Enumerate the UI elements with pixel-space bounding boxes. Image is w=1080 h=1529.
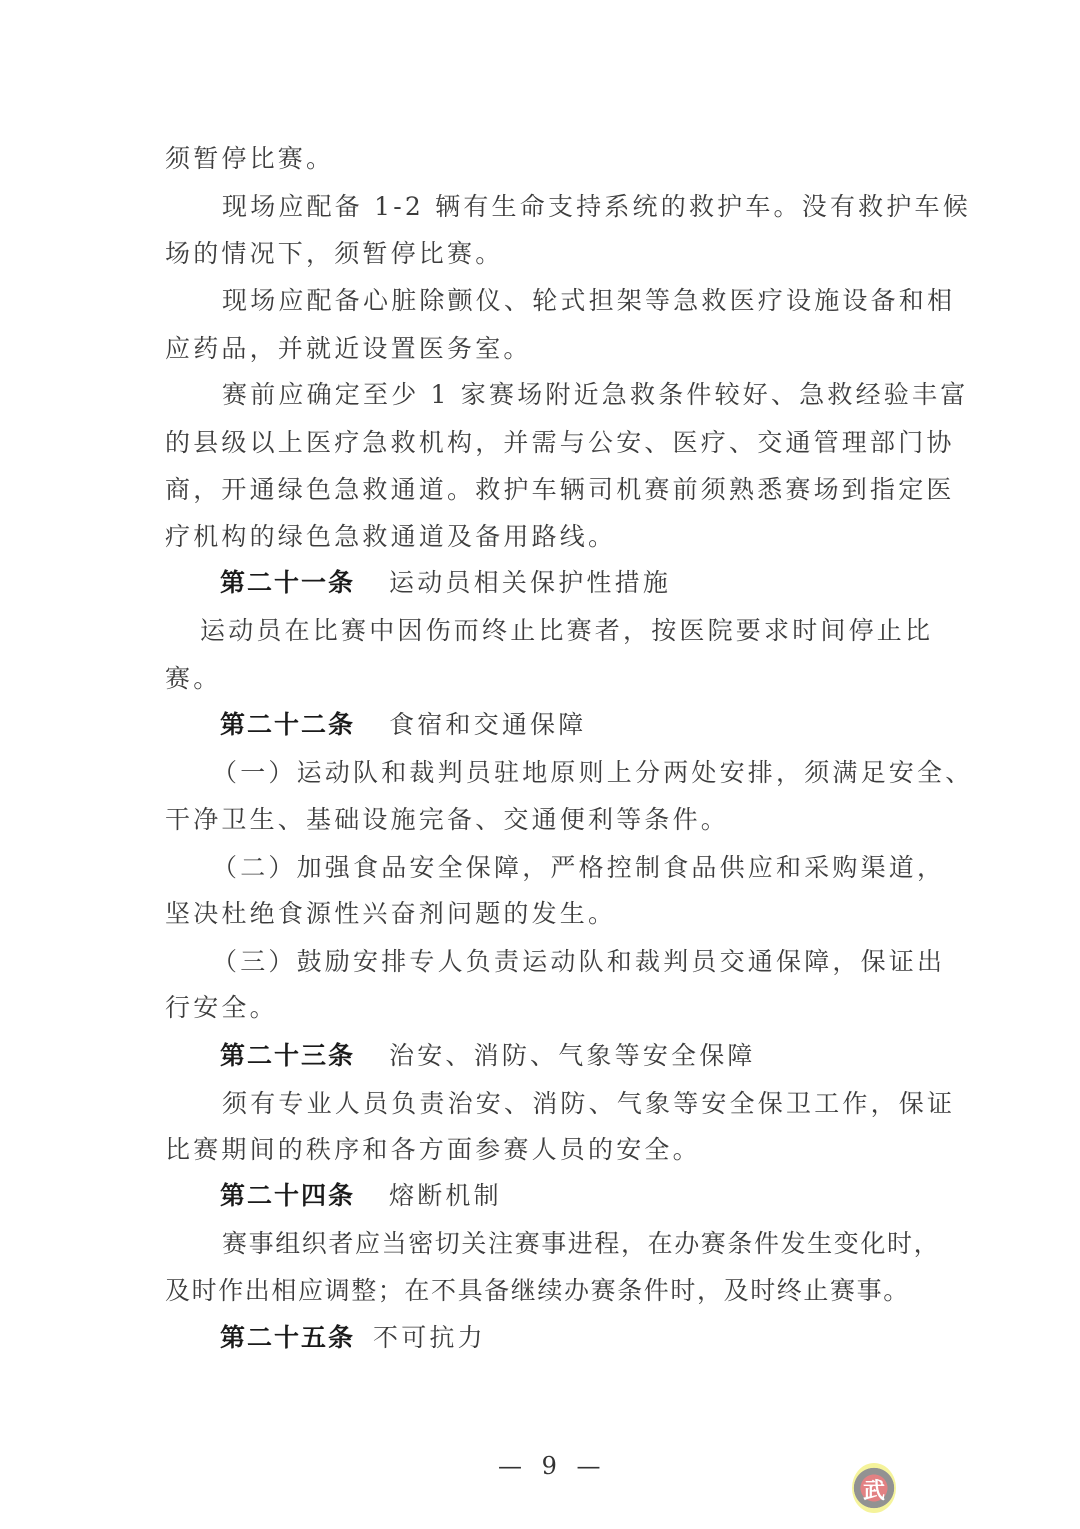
paragraph-line: 现场应配备心脏除颤仪、轮式担架等急救医疗设施设备和相 bbox=[222, 277, 982, 324]
article-title: 运动员相关保护性措施 bbox=[389, 568, 671, 597]
page-number: — 9 — bbox=[498, 1446, 607, 1486]
article-number: 第二十五条 bbox=[220, 1323, 355, 1352]
paragraph-line: 商，开通绿色急救通道。救护车辆司机赛前须熟悉赛场到指定医 bbox=[165, 466, 925, 513]
paragraph-line: 行安全。 bbox=[165, 984, 925, 1031]
article-heading-23: 第二十三条治安、消防、气象等安全保障 bbox=[220, 1032, 980, 1079]
article-heading-25: 第二十五条不可抗力 bbox=[220, 1314, 980, 1361]
paragraph-line: （一）运动队和裁判员驻地原则上分两处安排，须满足安全、 bbox=[212, 749, 972, 796]
article-title: 治安、消防、气象等安全保障 bbox=[389, 1041, 756, 1070]
paragraph-line: 比赛期间的秩序和各方面参赛人员的安全。 bbox=[165, 1126, 925, 1173]
article-title: 熔断机制 bbox=[389, 1181, 502, 1210]
paragraph-line: 赛前应确定至少 1 家赛场附近急救条件较好、急救经验丰富 bbox=[222, 371, 982, 418]
paragraph-line: 应药品，并就近设置医务室。 bbox=[165, 325, 925, 372]
article-heading-22: 第二十二条食宿和交通保障 bbox=[220, 701, 980, 748]
paragraph-line: 赛。 bbox=[165, 655, 925, 702]
paragraph-line: 场的情况下，须暂停比赛。 bbox=[165, 230, 925, 277]
paragraph-line: 赛事组织者应当密切关注赛事进程，在办赛条件发生变化时， bbox=[222, 1220, 982, 1267]
article-number: 第二十三条 bbox=[220, 1041, 355, 1070]
paragraph-line: 须有专业人员负责治安、消防、气象等安全保卫工作，保证 bbox=[222, 1080, 982, 1127]
logo-glyph: 武 bbox=[863, 1474, 885, 1505]
paragraph-line: 干净卫生、基础设施完备、交通便利等条件。 bbox=[165, 796, 925, 843]
article-title: 不可抗力 bbox=[373, 1323, 486, 1352]
paragraph-line: （二）加强食品安全保障，严格控制食品供应和采购渠道， bbox=[212, 844, 972, 891]
article-number: 第二十二条 bbox=[220, 710, 355, 739]
wushu-logo-icon: 武 bbox=[852, 1463, 896, 1513]
article-title: 食宿和交通保障 bbox=[389, 710, 586, 739]
document-page: 须暂停比赛。 现场应配备 1-2 辆有生命支持系统的救护车。没有救护车候 场的情… bbox=[0, 0, 1080, 1529]
paragraph-line: 疗机构的绿色急救通道及备用路线。 bbox=[165, 513, 925, 560]
article-number: 第二十一条 bbox=[220, 568, 355, 597]
article-heading-24: 第二十四条熔断机制 bbox=[220, 1172, 980, 1219]
paragraph-line: 现场应配备 1-2 辆有生命支持系统的救护车。没有救护车候 bbox=[222, 183, 982, 230]
article-number: 第二十四条 bbox=[220, 1181, 355, 1210]
paragraph-line: 运动员在比赛中因伤而终止比赛者，按医院要求时间停止比 bbox=[200, 607, 960, 654]
paragraph-line: 须暂停比赛。 bbox=[165, 135, 925, 182]
paragraph-line: 坚决杜绝食源性兴奋剂问题的发生。 bbox=[165, 890, 925, 937]
article-heading-21: 第二十一条运动员相关保护性措施 bbox=[220, 559, 980, 606]
paragraph-line: 及时作出相应调整；在不具备继续办赛条件时，及时终止赛事。 bbox=[165, 1267, 925, 1314]
paragraph-line: 的县级以上医疗急救机构，并需与公安、医疗、交通管理部门协 bbox=[165, 419, 925, 466]
paragraph-line: （三）鼓励安排专人负责运动队和裁判员交通保障，保证出 bbox=[212, 938, 972, 985]
